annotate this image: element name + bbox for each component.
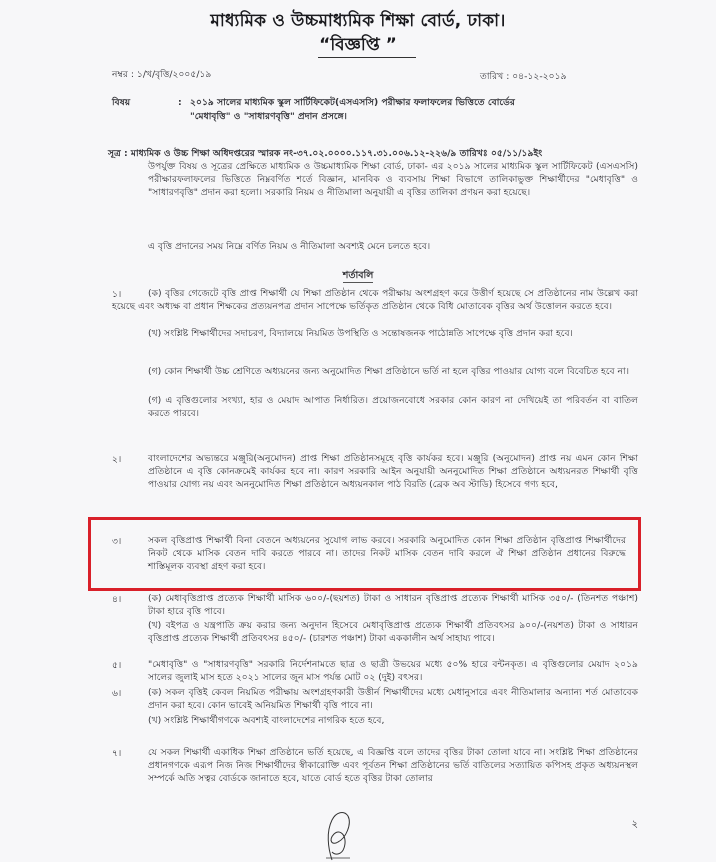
intro-note: এ বৃত্তি প্রদানের সময় নিম্নে বর্ণিত নিয… bbox=[148, 240, 638, 253]
condition-4-number: ৪। bbox=[112, 592, 121, 607]
notice-page: মাধ্যমিক ও উচ্চমাধ্যমিক শিক্ষা বোর্ড, ঢা… bbox=[0, 0, 716, 862]
page-number: ২ bbox=[631, 817, 638, 834]
notice-date: তারিখ : ০৪-১২-২০১৯ bbox=[480, 70, 567, 83]
condition-2-number: ২। bbox=[112, 452, 121, 467]
condition-1a: (ক) বৃত্তির গেজেটে বৃত্তি প্রাপ্ত শিক্ষা… bbox=[112, 287, 638, 313]
condition-3-number: ৩। bbox=[112, 534, 121, 549]
condition-7-number: ৭। bbox=[112, 746, 121, 761]
condition-6a: (ক) সকল বৃত্তিই কেবল নিয়মিত পরীক্ষায় অ… bbox=[148, 686, 638, 712]
condition-7: যে সকল শিক্ষার্থী একাধিক শিক্ষা প্রতিষ্ঠ… bbox=[148, 746, 638, 786]
condition-2: বাংলাদেশের অভ্যন্তরে মঞ্জুরি(অনুমোদন) প্… bbox=[148, 452, 638, 492]
condition-5: "মেধাবৃত্তি" ও "সাধারণবৃত্তি" সরকারি নির… bbox=[148, 658, 638, 684]
subject-line-2: "মেধাবৃত্তি" ও "সাধারণবৃত্তি" প্রদান প্র… bbox=[190, 110, 347, 123]
memo-number: নম্বর : ১/খ/বৃত্তি/২০০৫/১৯ bbox=[112, 68, 211, 81]
conditions-title: শর্তাবলি bbox=[0, 269, 716, 284]
condition-1d: (গ) এ বৃত্তিগুলোর সংখ্যা, হার ও মেয়াদ আ… bbox=[148, 394, 638, 420]
intro-paragraph: উপর্যুক্ত বিষয় ও সূত্রের প্রেক্ষিতে মাধ… bbox=[148, 160, 638, 200]
condition-6-number: ৬। bbox=[112, 686, 121, 701]
subject-line-1: ২০১৯ সালের মাধ্যমিক স্কুল সার্টিফিকেট(এস… bbox=[190, 96, 515, 109]
notice-heading: “বিজ্ঞপ্তি ” bbox=[0, 32, 716, 60]
condition-3: সকল বৃত্তিপ্রাপ্ত শিক্ষার্থী বিনা বেতনে … bbox=[148, 534, 626, 574]
condition-1c: (গ) কোন শিক্ষার্থী উচ্চ শ্রেণিতে অধ্যয়ন… bbox=[148, 365, 638, 378]
signature-icon bbox=[318, 808, 358, 862]
condition-4b: (খ) বইপত্র ও যন্ত্রপাতি ক্রয় করার জন্য … bbox=[148, 619, 638, 645]
condition-6b: (খ) সংশ্লিষ্ট শিক্ষার্থীগণকে অবশ্যই বাংল… bbox=[148, 714, 638, 727]
condition-4a: (ক) মেধাবৃত্তিপ্রাপ্ত প্রত্যেক শিক্ষার্থ… bbox=[148, 592, 638, 618]
heading-underline bbox=[318, 57, 416, 58]
subject-label: বিষয় bbox=[112, 96, 130, 109]
condition-1b: (খ) সংশ্লিষ্ট শিক্ষার্থীদের সদাচরণ, বিদ্… bbox=[148, 327, 638, 340]
condition-5-number: ৫। bbox=[112, 658, 121, 673]
subject-separator: : bbox=[178, 96, 182, 109]
reference-line: সূত্র : মাধ্যমিক ও উচ্চ শিক্ষা অধিদপ্তরে… bbox=[108, 147, 542, 160]
